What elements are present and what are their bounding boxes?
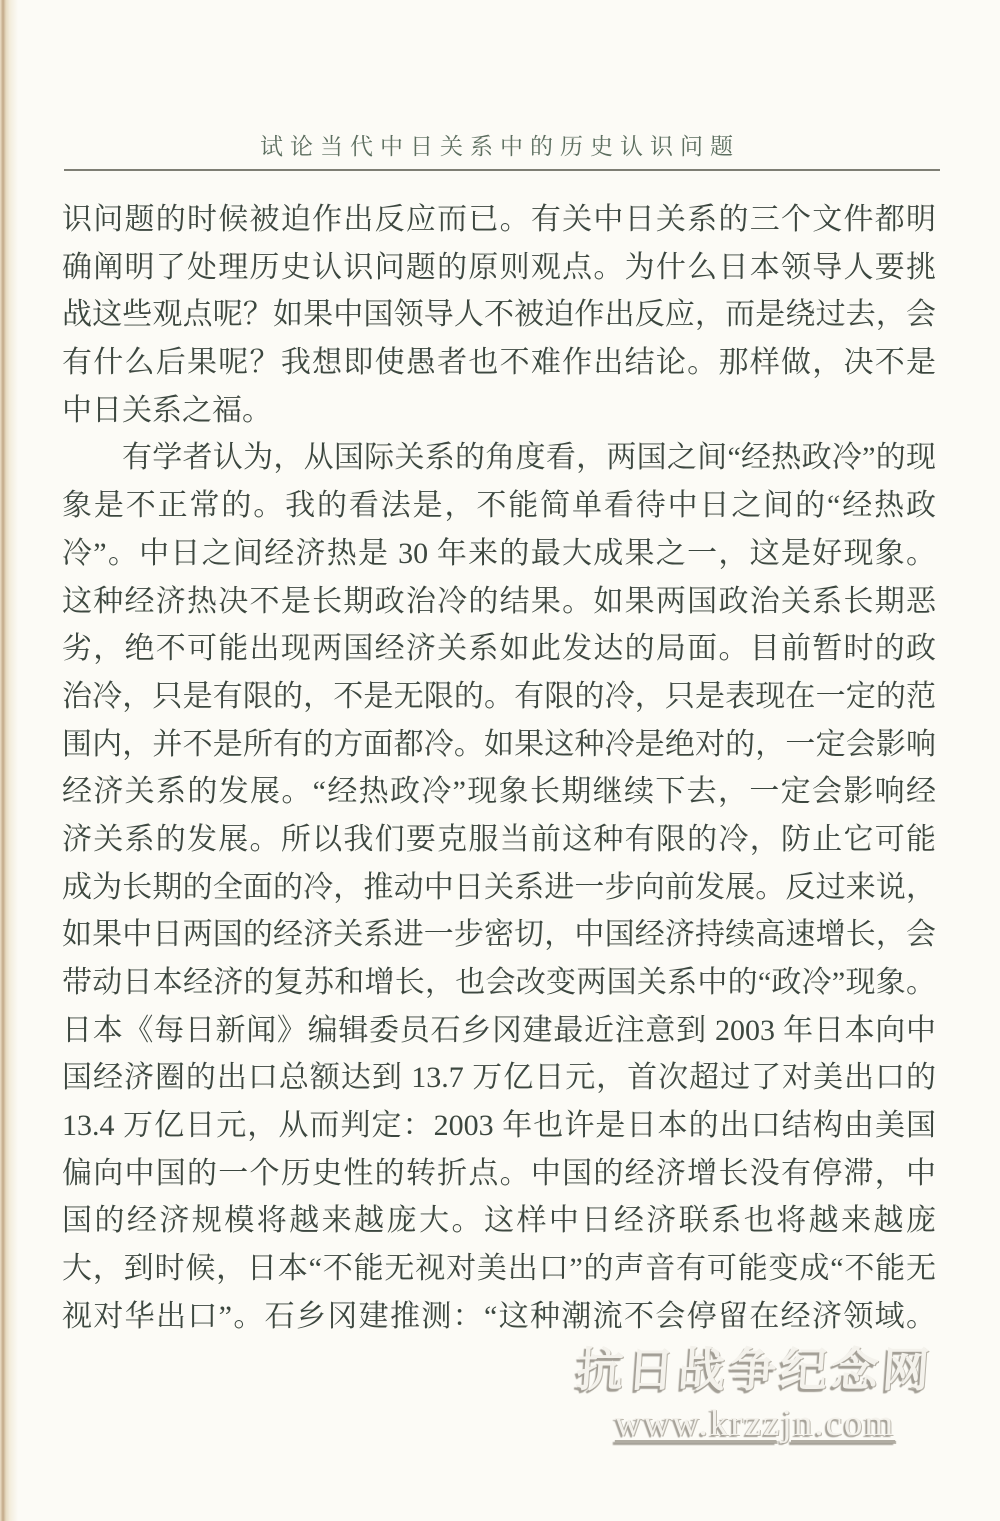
body-text-line: 如果中日两国的经济关系进一步密切，中国经济持续高速增长，会 — [62, 911, 936, 959]
body-text-line: 大，到时候，日本“不能无视对美出口”的声音有可能变成“不能无 — [62, 1245, 936, 1293]
body-text-line: 象是不正常的。我的看法是，不能简单看待中日之间的“经热政 — [62, 482, 936, 530]
body-text-line: 偏向中国的一个历史性的转折点。中国的经济增长没有停滞，中 — [62, 1150, 936, 1198]
body-text-line: 战这些观点呢？如果中国领导人不被迫作出反应，而是绕过去，会 — [62, 291, 936, 339]
body-text-line: 确阐明了处理历史认识问题的原则观点。为什么日本领导人要挑 — [62, 244, 936, 292]
page-binding-edge — [0, 0, 18, 1521]
body-text-line: 围内，并不是所有的方面都冷。如果这种冷是绝对的，一定会影响 — [62, 721, 936, 769]
body-text-line: 13.4 万亿日元，从而判定：2003 年也许是日本的出口结构由美国 — [62, 1102, 936, 1150]
body-text-line: 中日关系之福。 — [62, 387, 936, 435]
scanned-book-page: 试论当代中日关系中的历史认识问题 识问题的时候被迫作出反应而已。有关中日关系的三… — [0, 0, 1000, 1521]
watermark-site-name: 抗日战争纪念网 — [543, 1333, 968, 1400]
body-text-line: 识问题的时候被迫作出反应而已。有关中日关系的三个文件都明 — [62, 196, 936, 244]
watermark: 抗日战争纪念网 www.krzzjn.com — [545, 1333, 965, 1445]
body-text-line: 国经济圈的出口总额达到 13.7 万亿日元，首次超过了对美出口的 — [62, 1054, 936, 1102]
watermark-site-url: www.krzzjn.com — [545, 1402, 965, 1445]
body-text-line: 这种经济热决不是长期政治冷的结果。如果两国政治关系长期恶 — [62, 578, 936, 626]
body-text-line: 视对华出口”。石乡冈建推测：“这种潮流不会停留在经济领域。 — [62, 1293, 936, 1341]
page-body-text: 识问题的时候被迫作出反应而已。有关中日关系的三个文件都明 确阐明了处理历史认识问… — [62, 196, 936, 1341]
body-text-line: 国的经济规模将越来越庞大。这样中日经济联系也将越来越庞 — [62, 1197, 936, 1245]
body-text-line: 有什么后果呢？我想即使愚者也不难作出结论。那样做，决不是 — [62, 339, 936, 387]
running-header-title: 试论当代中日关系中的历史认识问题 — [0, 128, 1000, 161]
body-text-line: 劣，绝不可能出现两国经济关系如此发达的局面。目前暂时的政 — [62, 625, 936, 673]
body-text-line: 有学者认为，从国际关系的角度看，两国之间“经热政冷”的现 — [62, 434, 936, 482]
body-text-line: 日本《每日新闻》编辑委员石乡冈建最近注意到 2003 年日本向中 — [62, 1007, 936, 1055]
body-text-line: 带动日本经济的复苏和增长，也会改变两国关系中的“政冷”现象。 — [62, 959, 936, 1007]
body-text-line: 经济关系的发展。“经热政冷”现象长期继续下去，一定会影响经 — [62, 768, 936, 816]
body-text-line: 成为长期的全面的冷，推动中日关系进一步向前发展。反过来说， — [62, 864, 936, 912]
body-text-line: 治冷，只是有限的，不是无限的。有限的冷，只是表现在一定的范 — [62, 673, 936, 721]
header-rule — [64, 169, 940, 171]
body-text-line: 济关系的发展。所以我们要克服当前这种有限的冷，防止它可能 — [62, 816, 936, 864]
body-text-line: 冷”。中日之间经济热是 30 年来的最大成果之一，这是好现象。 — [62, 530, 936, 578]
